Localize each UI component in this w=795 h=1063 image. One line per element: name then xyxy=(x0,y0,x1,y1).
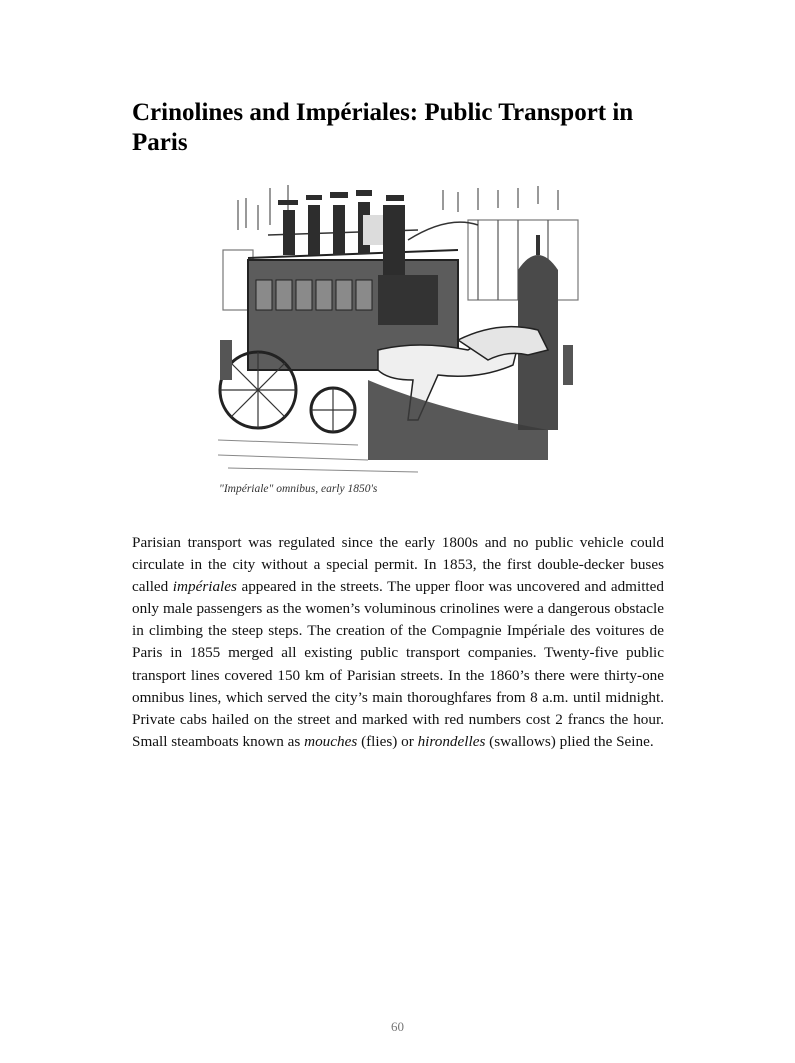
italic-term: impériales xyxy=(173,578,237,595)
page-title: Crinolines and Impériales: Public Transp… xyxy=(132,98,672,158)
italic-term: mouches xyxy=(304,733,357,750)
page-number: 60 xyxy=(0,1019,795,1035)
document-page: Crinolines and Impériales: Public Transp… xyxy=(0,0,795,1063)
text-run: (swallows) plied the Seine. xyxy=(485,733,653,750)
omnibus-engraving-icon xyxy=(218,180,580,480)
figure-caption: "Impériale" omnibus, early 1850's xyxy=(219,483,377,495)
omnibus-illustration xyxy=(218,180,580,480)
text-run: (flies) or xyxy=(357,733,417,750)
body-paragraph: Parisian transport was regulated since t… xyxy=(132,532,664,753)
italic-term: hirondelles xyxy=(418,733,486,750)
text-run: appeared in the streets. The upper floor… xyxy=(132,578,664,750)
